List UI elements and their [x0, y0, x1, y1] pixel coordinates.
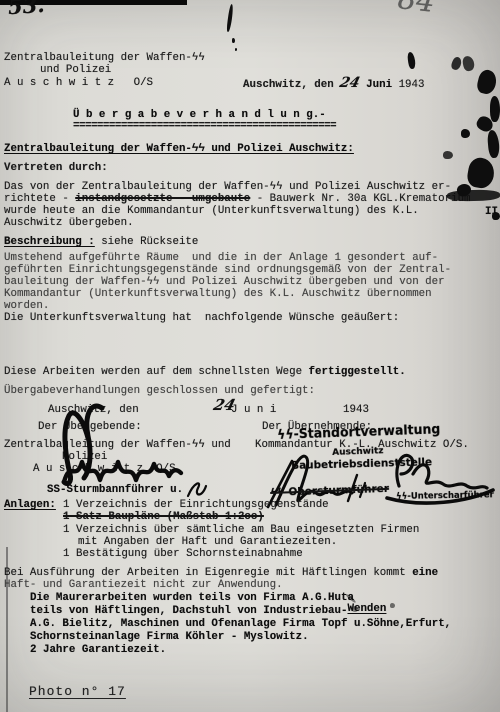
- ink-blot: [443, 151, 453, 159]
- anlagen-item-4: 1 Bestätigung über Schornsteinabnahme: [63, 548, 303, 560]
- ink-blot: [461, 129, 470, 138]
- firmen-line-2: teils von Häftlingen, Dachstuhl von Indu…: [30, 605, 386, 617]
- ink-blot: [235, 48, 237, 51]
- giver-signature: [42, 398, 192, 493]
- firmen-line-4: Schornsteinanlage Firma Köhler - Myslowi…: [30, 631, 309, 643]
- ink-smudge-krematorium: [447, 190, 500, 202]
- giver-rank-flourish: [184, 478, 210, 500]
- handover-line-2: richtete - instandgesetzte - umgebaute -…: [4, 193, 471, 205]
- ink-blot: [450, 56, 463, 71]
- firmen-line-1: Die Maurerarbeiten wurden teils von Firm…: [30, 592, 354, 604]
- pencil-number-handwritten: 84: [397, 0, 435, 8]
- uebernahme-line-4: Kommandantur (Unterkunftsverwaltung) des…: [4, 288, 432, 300]
- page-number-handwritten: 53.: [8, 0, 45, 13]
- handover-line-3: wurde heute an die Kommandantur (Unterku…: [4, 205, 419, 217]
- giver-rank: SS-Sturmbannführer u.: [47, 484, 183, 496]
- document-photo: 53. 84 Zentralbauleitung der Waffen-ϟϟ u…: [0, 0, 500, 712]
- ink-blot: [466, 156, 497, 190]
- firmen-line-3: A.G. Bielitz, Maschinen und Ofenanlage F…: [30, 618, 451, 630]
- parties-heading: Zentralbauleitung der Waffen-ϟϟ und Poli…: [4, 143, 354, 155]
- anlagen-item-1: 1 Verzeichnis der Einrichtungsgegenständ…: [63, 499, 329, 511]
- handover-line2-struck: instandgesetzte - umgebaute: [75, 193, 250, 205]
- date-city: Auschwitz, den: [243, 79, 340, 91]
- wuensche-line: Die Unterkunftsverwaltung hat nachfolgen…: [4, 312, 399, 324]
- letterhead-date: Auschwitz, den 24 Juni 1943: [243, 77, 425, 91]
- ink-blot: [390, 603, 395, 608]
- ink-blot: [226, 4, 234, 32]
- signing-date-year: 1943: [343, 404, 369, 416]
- ink-blot: [490, 96, 500, 122]
- handover-line2-pre: richtete -: [4, 193, 75, 205]
- ink-blot: [462, 55, 476, 72]
- vertreten-durch: Vertreten durch:: [4, 162, 108, 174]
- firmen-line2-text: teils von Häftlingen, Dachstuhl von Indu…: [30, 605, 347, 617]
- photo-caption: Photo n° 17: [29, 686, 126, 698]
- completion-line-2: Übergabeverhandlungen geschlossen und ge…: [4, 385, 315, 397]
- letterhead-city: A u s c h w i t z O/S: [4, 77, 153, 89]
- firmen-line-5: 2 Jahre Garantiezeit.: [30, 644, 166, 656]
- completion-line-1: Diese Arbeiten werden auf dem schnellste…: [4, 366, 406, 378]
- letterhead-org-line2: und Polizei: [40, 64, 111, 76]
- uebernahme-line-1: Umstehend aufgeführte Räume und die in d…: [4, 252, 438, 264]
- anlagen-item-3b: mit Angaben der Haft und Garantiezeiten.: [78, 536, 337, 548]
- date-month: Juni: [360, 79, 399, 91]
- anlagen-item-3: 1 Verzeichnis über sämtliche am Bau eing…: [63, 524, 419, 536]
- completion-line1-bold: fertiggestellt.: [309, 366, 406, 378]
- eigenregie-line1-pre: Bei Ausführung der Arbeiten in Eigenregi…: [4, 567, 412, 579]
- ink-blot: [475, 68, 498, 96]
- handover-line-4: Auschwitz übergeben.: [4, 217, 134, 229]
- ink-blot: [407, 52, 416, 70]
- title-rule: ========================================…: [73, 120, 336, 132]
- handover-line-1: Das von der Zentralbauleitung der Waffen…: [4, 181, 451, 193]
- letterhead-org-line1: Zentralbauleitung der Waffen-ϟϟ: [4, 52, 205, 64]
- date-year: 1943: [399, 79, 425, 91]
- ink-blot: [487, 130, 500, 159]
- eigenregie-line1-bold: eine: [412, 567, 438, 579]
- beschreibung-value: siehe Rückseite: [95, 236, 199, 248]
- ink-blot: [232, 38, 235, 43]
- beschreibung-line: Beschreibung : siehe Rückseite: [4, 236, 198, 248]
- date-day-handwritten: 24: [339, 77, 361, 89]
- receiver-rank-stamp-2: ϟϟ-Unterscharführer: [396, 489, 494, 503]
- uebernahme-line-3: bauleitung der Waffen-ϟϟ und Polizei Aus…: [4, 276, 445, 288]
- uebernahme-line-5: worden.: [4, 300, 49, 312]
- completion-line1-pre: Diese Arbeiten werden auf dem schnellste…: [4, 366, 309, 378]
- eigenregie-line-1: Bei Ausführung der Arbeiten in Eigenregi…: [4, 567, 438, 579]
- anlagen-item-2-struck: 1 Satz Baupläne (Maßstab 1:2oo): [63, 511, 264, 523]
- signing-date-month: J u n i: [231, 404, 276, 416]
- eigenregie-line-2: Haft- und Garantiezeit nicht zur Anwendu…: [4, 579, 283, 591]
- ink-blot: [492, 212, 500, 220]
- ink-blot: [352, 606, 358, 612]
- anlagen-label: Anlagen:: [4, 499, 56, 511]
- handover-line2-post: - Bauwerk Nr. 30a KGL.Krematorium: [250, 193, 470, 205]
- beschreibung-label: Beschreibung :: [4, 236, 95, 248]
- uebernahme-line-2: geführten Einrichtungsgegenstände sind o…: [4, 264, 451, 276]
